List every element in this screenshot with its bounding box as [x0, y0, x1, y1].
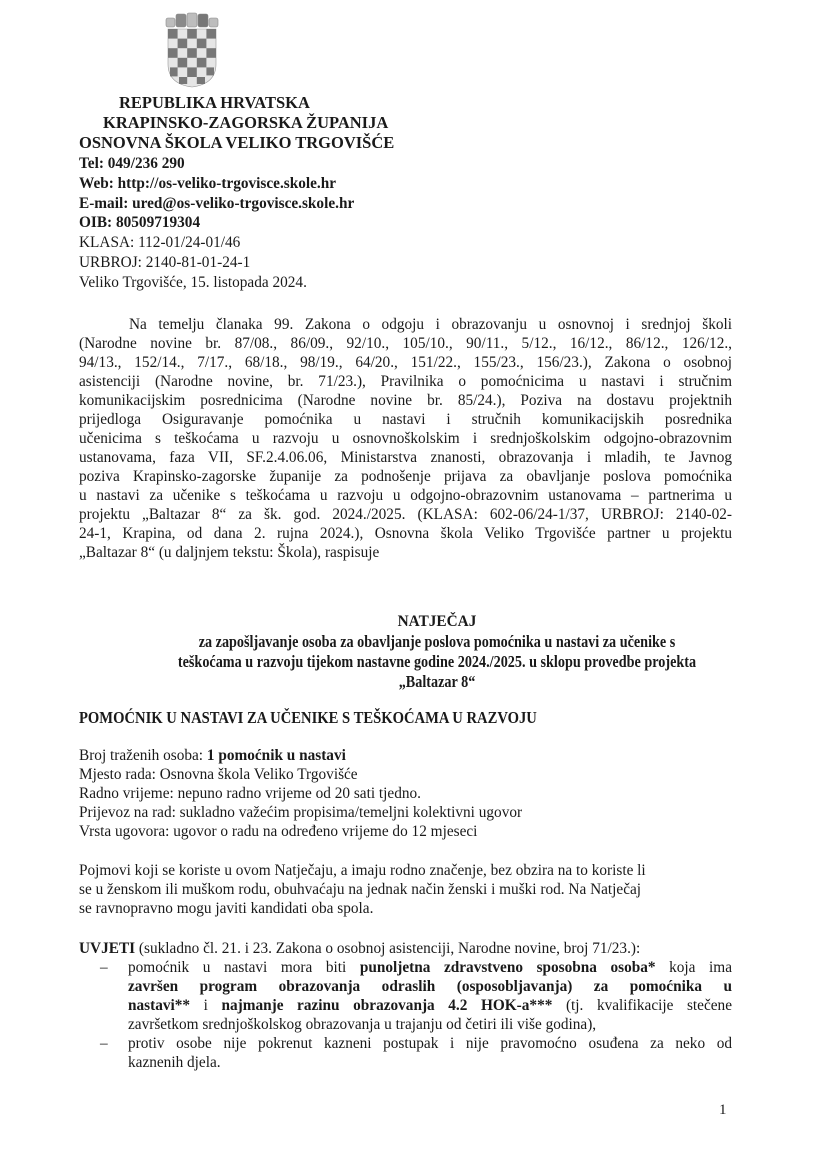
school-website: Web: http://os-veliko-trgovisce.skole.hr: [79, 175, 336, 192]
condition-item-2-line: kaznenih djela.: [128, 1054, 221, 1071]
detail-headcount: Broj traženih osoba: 1 pomoćnik u nastav…: [79, 747, 346, 764]
conditions-label: UVJETI: [79, 940, 135, 957]
intro-line: (Narodne novine br. 87/08., 86/09., 92/1…: [79, 335, 732, 352]
condition-item-1-line: završetkom srednjoškolskog obrazovanja u…: [128, 1016, 596, 1033]
intro-line: 24-1, Krapina, od dana 2. rujna 2024.), …: [79, 525, 732, 542]
intro-line: Na temelju članaka 99. Zakona o odgoju i…: [129, 316, 732, 333]
intro-line: ustanovama, faza VII, SF.2.4.06.06, Mini…: [79, 449, 732, 466]
condition-item-2-line: protiv osobe nije pokrenut kazneni postu…: [128, 1035, 732, 1052]
detail-workplace: Mjesto rada: Osnovna škola Veliko Trgovi…: [79, 766, 358, 783]
page-number: 1: [719, 1102, 727, 1119]
detail-contract-type: Vrsta ugovora: ugovor o radu na određeno…: [79, 823, 477, 840]
detail-label: Vrsta ugovora:: [79, 823, 173, 840]
coat-of-arms-icon: [163, 12, 221, 88]
letterhead-country: REPUBLIKA HRVATSKA: [119, 94, 310, 111]
condition-item-1-line: završen program obrazovanja odraslih (os…: [128, 978, 732, 995]
intro-line: „Baltazar 8“ (u daljnjem tekstu: Škola),…: [79, 544, 379, 561]
position-heading: POMOĆNIK U NASTAVI ZA UČENIKE S TEŠKOĆAM…: [79, 709, 537, 726]
detail-value: nepuno radno vrijeme od 20 sati tjedno.: [178, 785, 421, 802]
intro-line: prijedloga Osiguravanje pomoćnika u nast…: [79, 411, 732, 428]
detail-value: sukladno važećim propisima/temeljni kole…: [180, 804, 522, 821]
letterhead-school: OSNOVNA ŠKOLA VELIKO TRGOVIŠĆE: [79, 134, 394, 151]
intro-line: komunikacijskim posrednicima (Narodne no…: [79, 392, 732, 409]
gender-note-line: se ravnopravno mogu javiti kandidati oba…: [79, 900, 373, 917]
detail-value: 1 pomoćnik u nastavi: [207, 747, 346, 764]
school-oib: OIB: 80509719304: [79, 214, 200, 231]
detail-label: Broj traženih osoba:: [79, 747, 207, 764]
competition-subtitle: teškoćama u razvoju tijekom nastavne god…: [87, 653, 787, 670]
bullet-dash: –: [100, 1035, 108, 1053]
document-klasa: KLASA: 112-01/24-01/46: [79, 234, 240, 251]
intro-line: poziva Krapinsko-zagorske županije za po…: [79, 468, 732, 485]
detail-value: ugovor o radu na određeno vrijeme do 12 …: [173, 823, 477, 840]
intro-line: u nastavi za učenike s teškoćama u razvo…: [79, 487, 732, 504]
bullet-dash: –: [100, 959, 108, 977]
detail-label: Radno vrijeme:: [79, 785, 178, 802]
detail-label: Prijevoz na rad:: [79, 804, 180, 821]
detail-transport: Prijevoz na rad: sukladno važećim propis…: [79, 804, 522, 821]
competition-subtitle: „Baltazar 8“: [87, 673, 787, 690]
competition-title: NATJEČAJ: [30, 613, 814, 630]
condition-item-1-line: pomoćnik u nastavi mora biti punoljetna …: [128, 959, 732, 976]
detail-label: Mjesto rada:: [79, 766, 160, 783]
condition-item-1-line: nastavi** i najmanje razinu obrazovanja …: [128, 997, 732, 1014]
letterhead-county: KRAPINSKO-ZAGORSKA ŽUPANIJA: [103, 114, 388, 131]
school-email: E-mail: ured@os-veliko-trgovisce.skole.h…: [79, 195, 354, 212]
intro-line: 94/13., 152/14., 7/17., 68/18., 98/19., …: [79, 354, 732, 371]
competition-subtitle: za zapošljavanje osoba za obavljanje pos…: [87, 633, 787, 650]
intro-line: asistenciji (Narodne novine, br. 71/23.)…: [79, 373, 732, 390]
detail-value: Osnovna škola Veliko Trgovišće: [160, 766, 358, 783]
conditions-heading: UVJETI (sukladno čl. 21. i 23. Zakona o …: [79, 940, 640, 957]
document-urbroj: URBROJ: 2140-81-01-24-1: [79, 254, 250, 271]
detail-working-hours: Radno vrijeme: nepuno radno vrijeme od 2…: [79, 785, 421, 802]
intro-line: projektu „Baltazar 8“ za šk. god. 2024./…: [79, 506, 732, 523]
gender-note-line: se u ženskom ili muškom rodu, obuhvaćaju…: [79, 881, 641, 898]
gender-note-line: Pojmovi koji se koriste u ovom Natječaju…: [79, 862, 646, 879]
place-and-date: Veliko Trgovišće, 15. listopada 2024.: [79, 274, 307, 291]
intro-line: učenicima s teškoćama u razvoju u osnovn…: [79, 430, 732, 447]
conditions-reference: (sukladno čl. 21. i 23. Zakona o osobnoj…: [135, 940, 640, 957]
school-phone: Tel: 049/236 290: [79, 155, 185, 172]
